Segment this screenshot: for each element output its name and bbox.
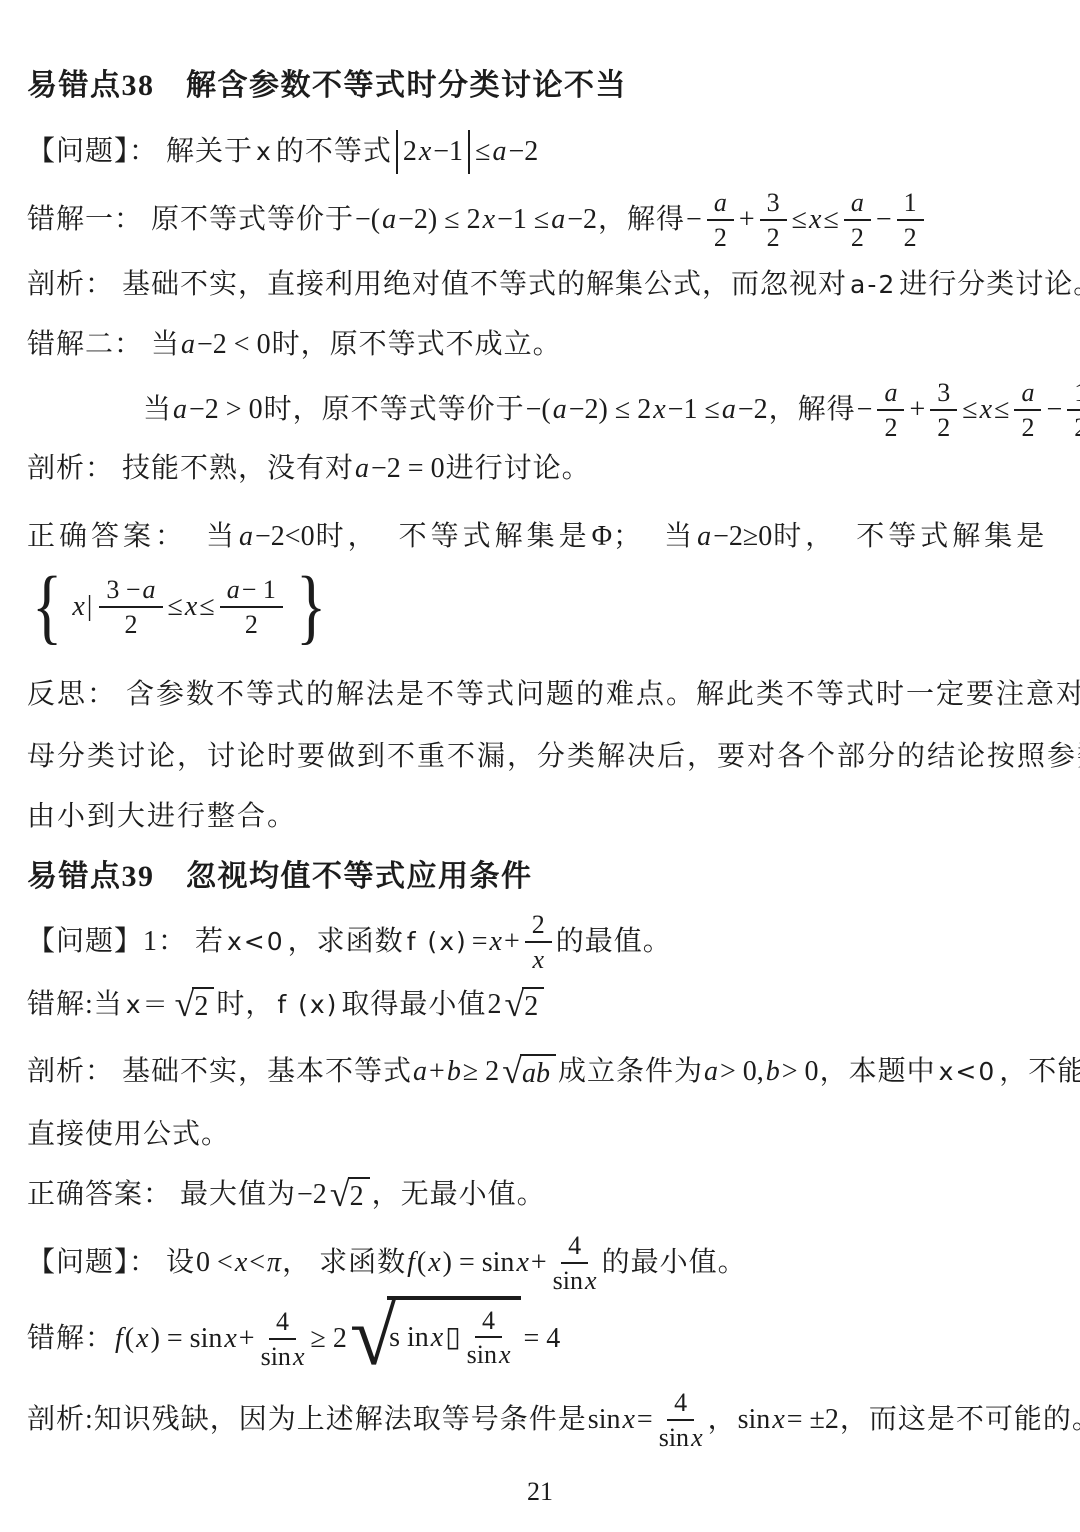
reflection-text: 由小到大进行整合。 — [27, 801, 297, 833]
section39-problem-1: 【问题】1： 若 x<0，求函数 f (x) =x+2x 的最值。 — [27, 906, 672, 978]
section38-correct-answer: 正确答案： 当 a−2<0 时， 不等式解集是Φ； 当 a−2≥0 时， 不等式… — [27, 514, 1048, 560]
section39-wrong-solution-1: 错解:当 x＝√2 时，f (x)取得最小值 2√2 — [27, 980, 546, 1030]
section38-wrong-solution-2-line1: 错解二： 当a−2 < 0时，原不等式不成立。 — [27, 324, 562, 366]
section38-analysis-1: 剖析： 基础不实，直接利用绝对值不等式的解集公式，而忽视对 a-2 进行分类讨论… — [27, 264, 1080, 306]
section39-analysis-2: 剖析:知识残缺，因为上述解法取等号条件是sin x = 4sin x， sin … — [27, 1380, 1080, 1460]
reflection-text: 母分类讨论，讨论时要做到不重不漏，分类解决后，要对各个部分的结论按照参数 — [27, 741, 1080, 773]
section38-wrong-solution-1: 错解一： 原不等式等价于−(a−2) ≤ 2x−1 ≤ a−2，解得−a2+32… — [27, 180, 928, 260]
section38-problem: 【问题】： 解关于 x 的不等式2x−1≤a−2 — [27, 128, 539, 176]
section39-heading: 易错点39 忽视均值不等式应用条件 — [27, 856, 533, 898]
section38-reflection-line2: 母分类讨论，讨论时要做到不重不漏，分类解决后，要对各个部分的结论按照参数 — [27, 736, 1080, 778]
section38-heading: 易错点38 解含参数不等式时分类讨论不当 — [27, 66, 627, 106]
section39-analysis-1-line1: 剖析： 基础不实，基本不等式a+b ≥ 2√ab成立条件为a > 0,b > 0… — [27, 1044, 1080, 1100]
section38-reflection-line3: 由小到大进行整合。 — [27, 796, 297, 838]
document-page: 易错点38 解含参数不等式时分类讨论不当 【问题】： 解关于 x 的不等式2x−… — [0, 0, 1080, 1532]
page-number: 21 — [0, 1474, 1080, 1510]
section38-analysis-2: 剖析： 技能不熟，没有对a−2 = 0进行讨论。 — [27, 448, 591, 490]
section39-wrong-solution-2: 错解： f(x) = sin x+4sin x ≥ 2√s in x▯4sin … — [27, 1296, 561, 1382]
section38-answer-set-formula: {x| 3 − a2 ≤ x ≤ a − 12} — [27, 564, 331, 650]
analysis-text: 直接使用公式。 — [27, 1119, 230, 1151]
section39-analysis-1-line2: 直接使用公式。 — [27, 1114, 230, 1156]
reflection-text: 反思： 含参数不等式的解法是不等式问题的难点。解此类不等式时一定要注意对字 — [27, 679, 1080, 711]
section38-wrong-solution-2-line2: 当a−2 > 0时，原不等式等价于−(a−2) ≤ 2x−1 ≤ a−2，解得−… — [143, 370, 1080, 450]
section38-reflection-line1: 反思： 含参数不等式的解法是不等式问题的难点。解此类不等式时一定要注意对字 — [27, 674, 1080, 716]
section39-correct-answer-1: 正确答案： 最大值为−2√2，无最小值。 — [27, 1170, 546, 1220]
